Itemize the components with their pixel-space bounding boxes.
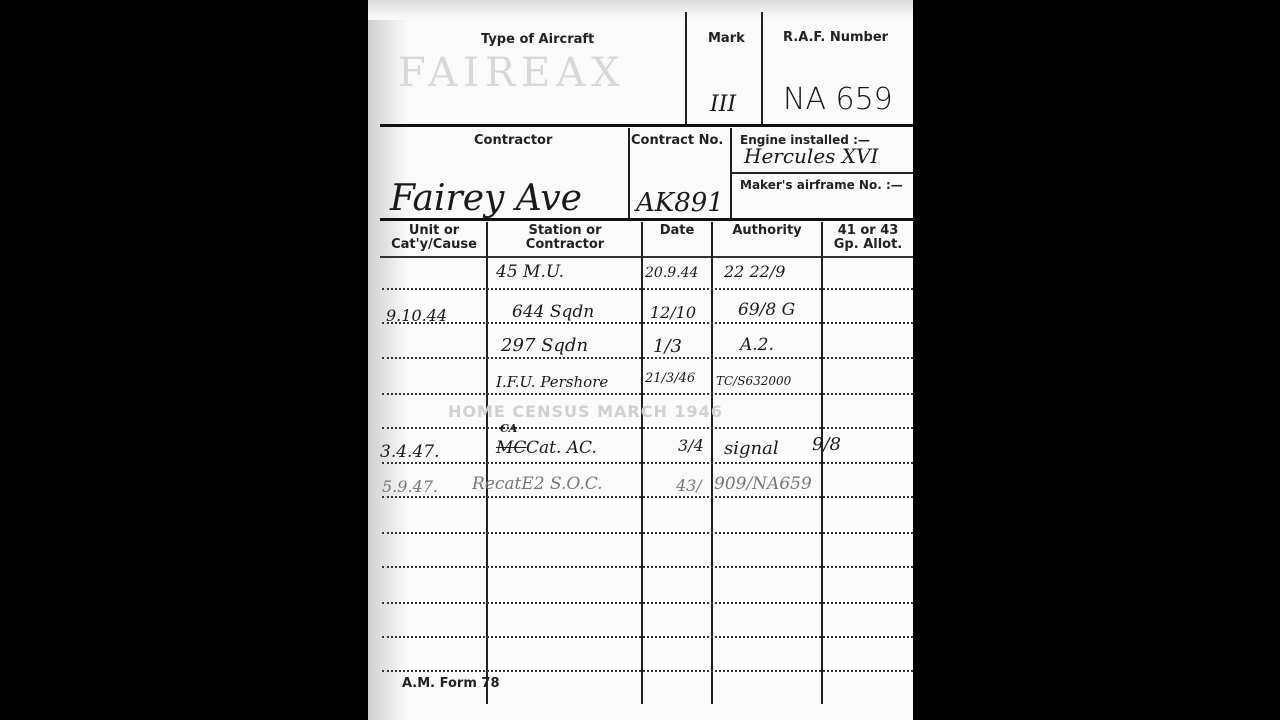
contractor-label: Contractor [474,133,552,148]
col-allot-header: 41 or 43Gp. Allot. [823,224,913,252]
contract-no-value: AK891 [636,188,724,218]
raf-number-value: NA 659 [783,82,893,117]
col-station-header: Station orContractor [488,224,642,252]
mark-label: Mark [708,31,745,46]
ghost-aircraft-type: FAIREAX [398,50,626,96]
col-authority-header: Authority [713,224,821,238]
col-date-header: Date [643,224,711,238]
engine-value: Hercules XVI [744,144,878,168]
mark-value: III [710,92,736,117]
col-unit-header: Unit orCat'y/Cause [382,224,486,252]
aircraft-movement-card: FAIREAX Type of Aircraft Mark R.A.F. Num… [368,0,913,720]
makers-airframe-label: Maker's airframe No. :— [740,178,903,192]
form-number: A.M. Form 78 [402,676,500,691]
contractor-value: Fairey Ave [390,178,582,219]
type-of-aircraft-label: Type of Aircraft [481,32,594,47]
census-stamp: HOME CENSUS MARCH 1946 [448,402,723,421]
raf-number-label: R.A.F. Number [783,30,888,45]
contract-no-label: Contract No. [631,133,723,148]
